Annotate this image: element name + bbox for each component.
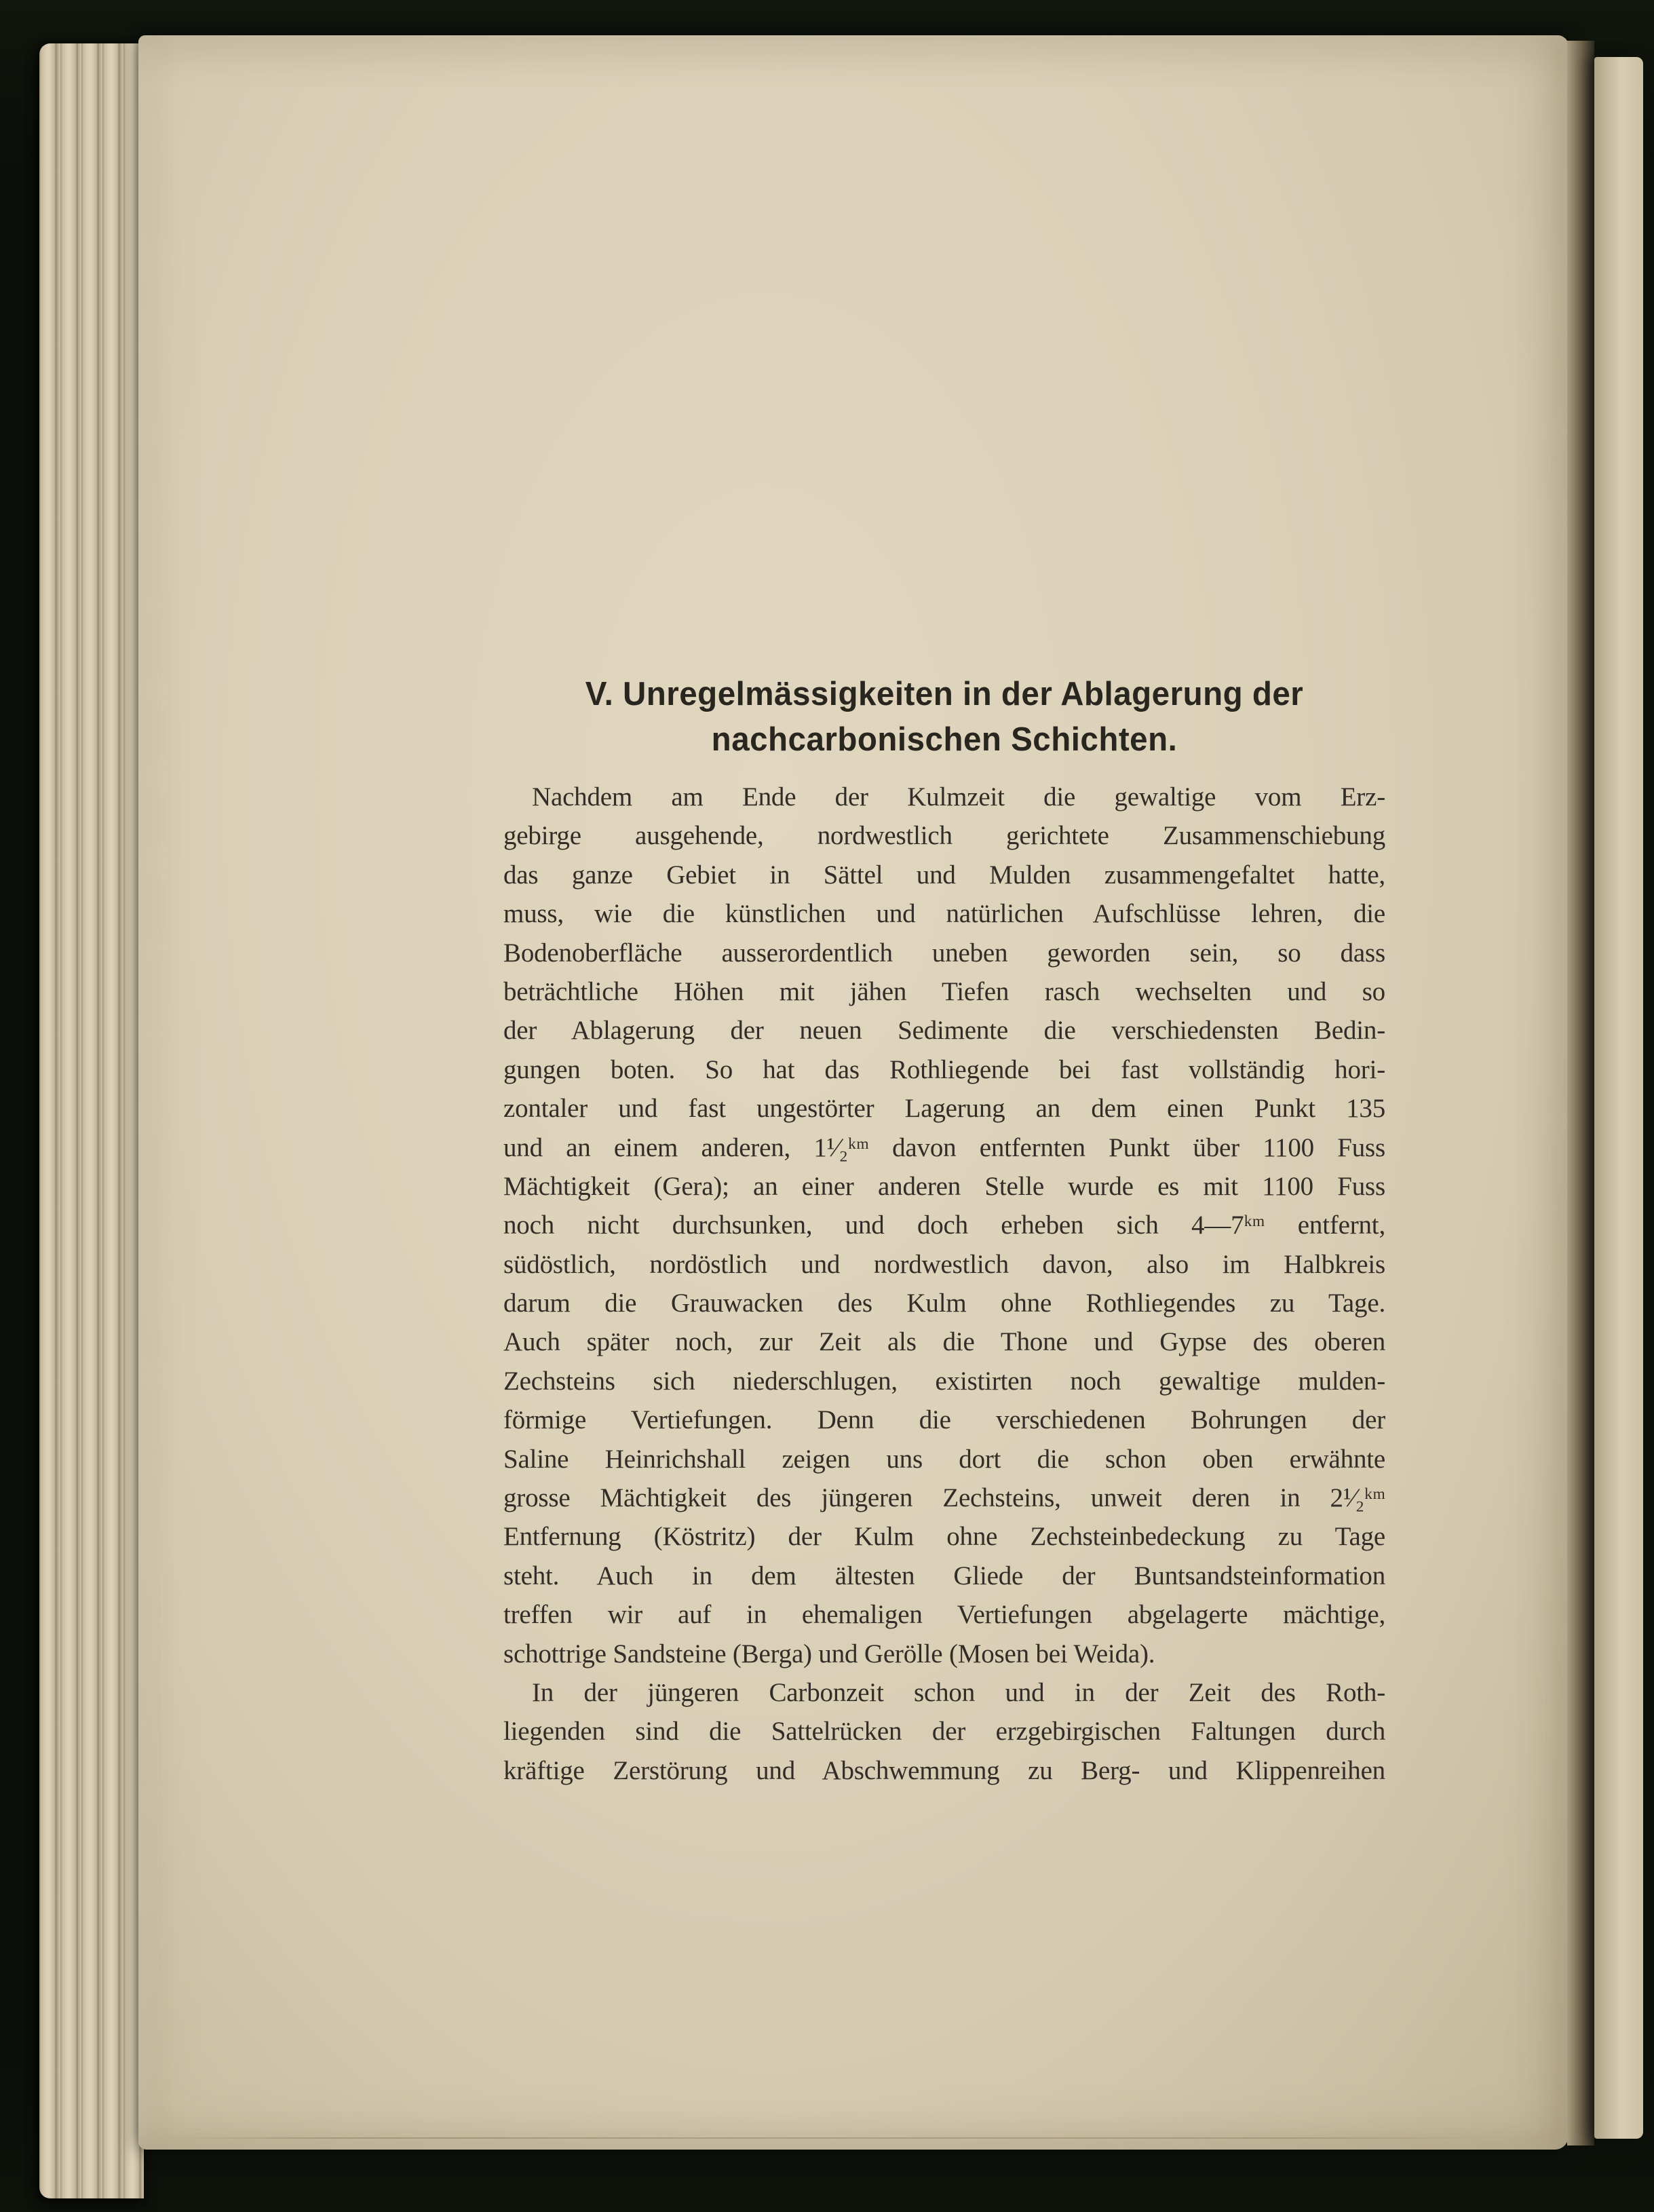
text-line: treffen wir auf in ehemaligen Vertiefung… [503, 1595, 1385, 1634]
text-line: In der jüngeren Carbonzeit schon und in … [503, 1673, 1385, 1712]
text-line: liegenden sind die Sattelrücken der erzg… [503, 1712, 1385, 1751]
page-stack-edges [39, 43, 144, 2198]
text-line: muss, wie die künstlichen und natürliche… [503, 894, 1385, 933]
text-line: Nachdem am Ende der Kulmzeit die gewalti… [503, 778, 1385, 816]
text-line: gebirge ausgehende, nordwestlich gericht… [503, 816, 1385, 855]
text-line: darum die Grauwacken des Kulm ohne Rothl… [503, 1284, 1385, 1322]
text-line: das ganze Gebiet in Sättel und Mulden zu… [503, 856, 1385, 894]
book-scan: V. Unregelmässigkeiten in der Ablagerung… [0, 0, 1654, 2212]
text-line: Auch später noch, zur Zeit als die Thone… [503, 1322, 1385, 1361]
text-line: gungen boten. So hat das Rothliegende be… [503, 1050, 1385, 1089]
page-crease [176, 2137, 1486, 2139]
body-text: Nachdem am Ende der Kulmzeit die gewalti… [503, 778, 1385, 1790]
paragraph: In der jüngeren Carbonzeit schon und in … [503, 1673, 1385, 1790]
text-line: Bodenoberfläche ausserordentlich uneben … [503, 934, 1385, 972]
text-column: V. Unregelmässigkeiten in der Ablagerung… [503, 35, 1385, 2150]
text-line: Entfernung (Köstritz) der Kulm ohne Zech… [503, 1517, 1385, 1556]
text-line: der Ablagerung der neuen Sedimente die v… [503, 1011, 1385, 1050]
text-line: und an einem anderen, 1¹⁄₂ᵏᵐ davon entfe… [503, 1128, 1385, 1167]
text-line: steht. Auch in dem ältesten Gliede der B… [503, 1557, 1385, 1595]
text-line: beträchtliche Höhen mit jähen Tiefen ras… [503, 972, 1385, 1011]
text-line: grosse Mächtigkeit des jüngeren Zechstei… [503, 1479, 1385, 1517]
text-line: Saline Heinrichshall zeigen uns dort die… [503, 1440, 1385, 1479]
chapter-heading-line1: V. Unregelmässigkeiten in der Ablagerung… [517, 672, 1372, 717]
text-line: förmige Vertiefungen. Denn die verschied… [503, 1400, 1385, 1439]
gutter-shadow [1567, 41, 1594, 2146]
text-line: Zechsteins sich niederschlugen, existirt… [503, 1362, 1385, 1400]
adjacent-page-edge [1594, 57, 1643, 2139]
book-page: V. Unregelmässigkeiten in der Ablagerung… [138, 35, 1569, 2150]
text-line: Mächtigkeit (Gera); an einer anderen Ste… [503, 1167, 1385, 1206]
text-line: südöstlich, nordöstlich und nordwestlich… [503, 1245, 1385, 1284]
text-line: schottrige Sandsteine (Berga) und Geröll… [503, 1635, 1385, 1673]
text-line: kräftige Zerstörung und Abschwemmung zu … [503, 1751, 1385, 1790]
text-line: noch nicht durchsunken, und doch erheben… [503, 1206, 1385, 1244]
text-line: zontaler und fast ungestörter Lagerung a… [503, 1089, 1385, 1128]
chapter-heading-line2: nachcarbonischen Schichten. [517, 717, 1372, 763]
paragraph: Nachdem am Ende der Kulmzeit die gewalti… [503, 778, 1385, 1673]
chapter-heading: V. Unregelmässigkeiten in der Ablagerung… [503, 672, 1385, 763]
